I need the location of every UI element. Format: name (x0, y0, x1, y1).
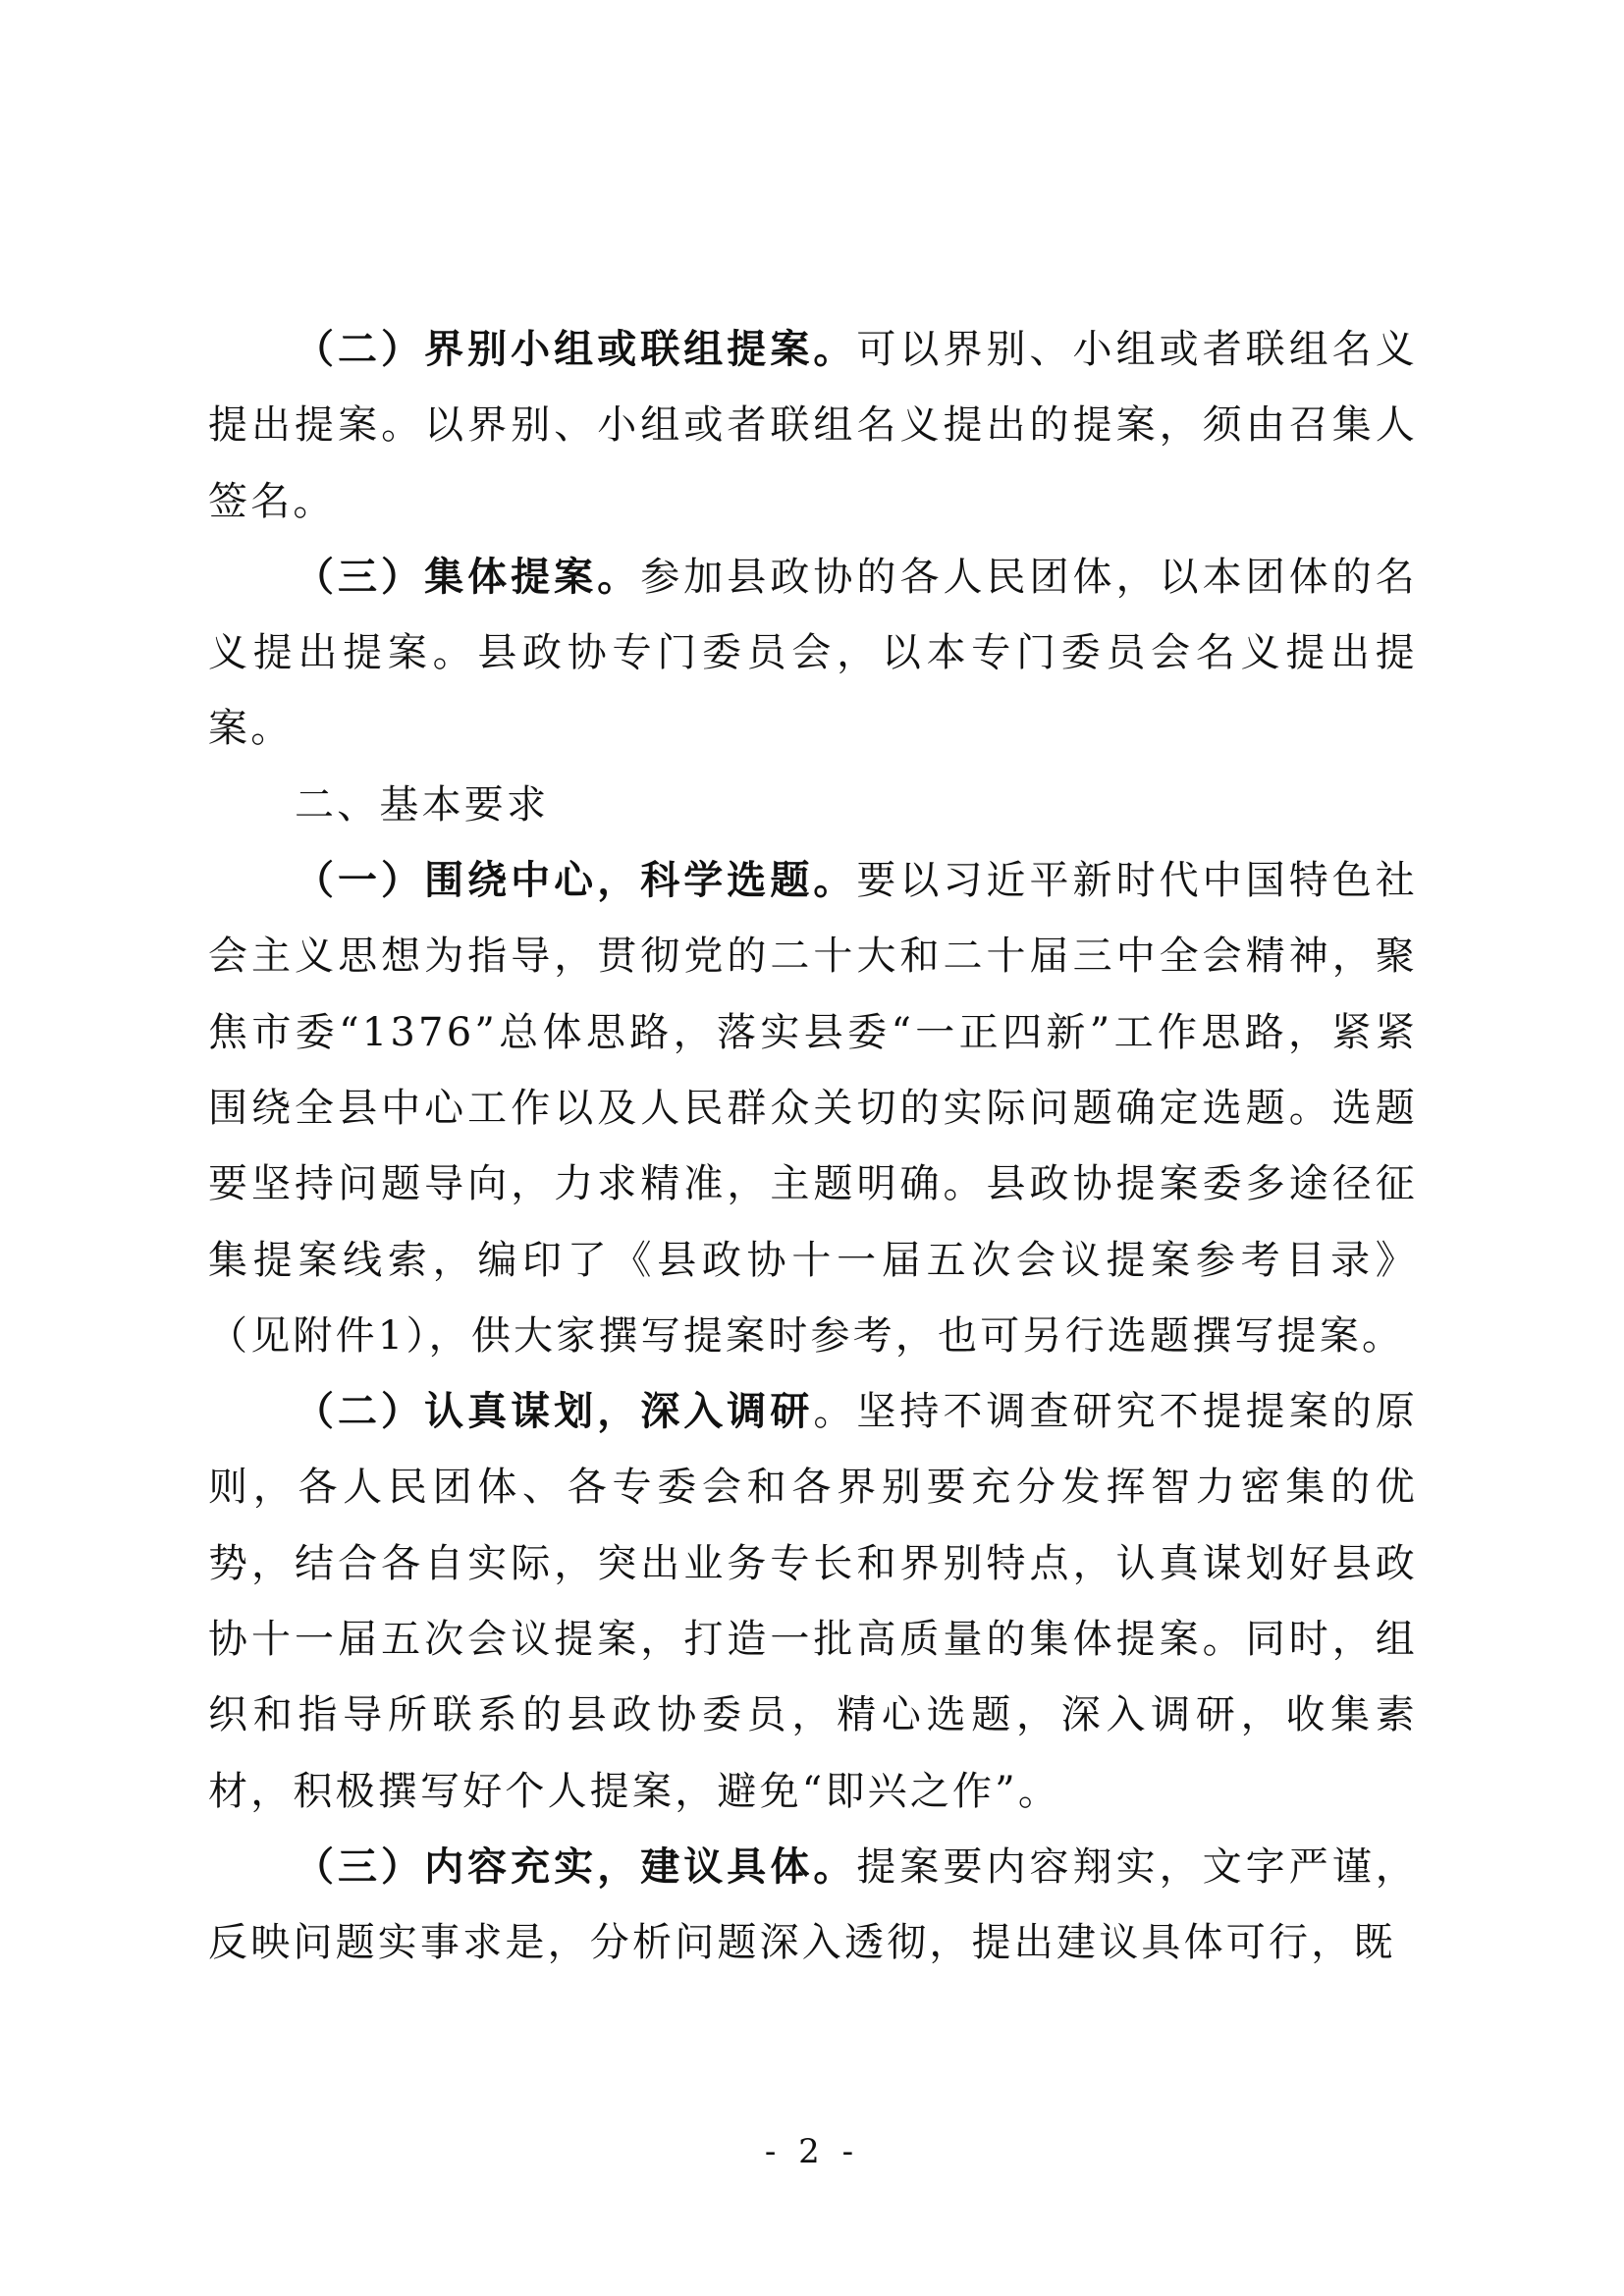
paragraph-body: 。坚持不调查研究不提提案的原则，各人民团体、各专委会和各界别要充分发挥智力密集的… (208, 1389, 1418, 1813)
paragraph-lead: （一）围绕中心，科学选题。 (295, 858, 856, 903)
page-number: - 2 - (0, 2132, 1624, 2171)
document-page: （二）界别小组或联组提案。可以界别、小组或者联组名义提出提案。以界别、小组或者联… (208, 312, 1418, 1982)
paragraph-body: 要以习近平新时代中国特色社会主义思想为指导，贯彻党的二十大和二十届三中全会精神，… (208, 858, 1418, 1359)
paragraph-lead: （三）集体提案。 (295, 555, 640, 600)
paragraph-lead: （三）内容充实，建议具体。 (295, 1844, 856, 1890)
paragraph-lead: （二）认真谋划，深入调研 (295, 1389, 813, 1434)
paragraph-collective-proposal: （三）集体提案。参加县政协的各人民团体，以本团体的名义提出提案。县政协专门委员会… (208, 540, 1418, 768)
paragraph-group-proposal: （二）界别小组或联组提案。可以界别、小组或者联组名义提出提案。以界别、小组或者联… (208, 312, 1418, 540)
paragraph-content: （三）内容充实，建议具体。提案要内容翔实，文字严谨，反映问题实事求是，分析问题深… (208, 1830, 1418, 1982)
section-heading: 二、基本要求 (208, 768, 1418, 843)
paragraph-research: （二）认真谋划，深入调研。坚持不调查研究不提提案的原则，各人民团体、各专委会和各… (208, 1374, 1418, 1830)
paragraph-lead: （二）界别小组或联组提案。 (295, 327, 856, 372)
paragraph-topic-selection: （一）围绕中心，科学选题。要以习近平新时代中国特色社会主义思想为指导，贯彻党的二… (208, 843, 1418, 1374)
